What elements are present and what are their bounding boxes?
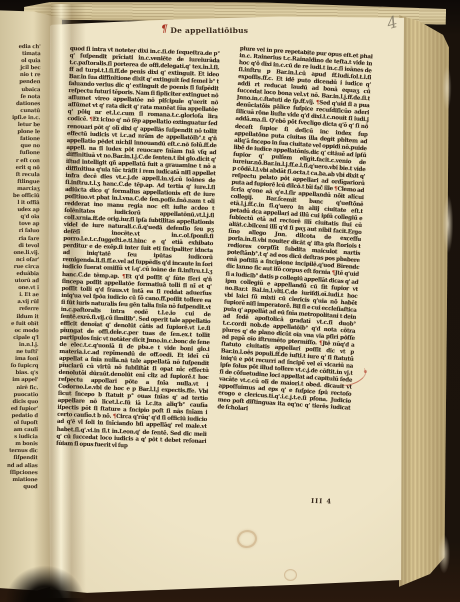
facing-page-text-fragments: edia ch' timata ol quia jcil bec nio t r… xyxy=(0,44,41,496)
pilcrow-mark: ¶ xyxy=(316,100,320,106)
pilcrow-mark: ¶ xyxy=(334,186,338,192)
pilcrow-mark: ¶ xyxy=(89,117,93,123)
pilcrow-mark: ¶ xyxy=(319,340,323,346)
fore-edge-worn-patch xyxy=(436,528,452,580)
quire-signature: III 4 xyxy=(296,496,332,505)
fore-edge-worn-patch xyxy=(441,58,453,118)
fore-edge-worn-patch xyxy=(441,185,455,263)
pilcrow-icon: ¶ xyxy=(161,25,167,35)
text-column-left: quod ſi intra vt noteter dixi in.c.ſi.de… xyxy=(54,46,220,511)
stain-ring xyxy=(284,569,297,581)
running-header-title: De appellatiōibus xyxy=(170,25,248,36)
pilcrow-mark: ¶ xyxy=(331,271,335,277)
pilcrow-mark: ¶ xyxy=(113,414,117,420)
book-photo: edia ch' timata ol quia jcil bec nio t r… xyxy=(0,0,460,602)
running-header: ¶ De appellatiōibus xyxy=(161,25,248,36)
pilcrow-mark: ¶ xyxy=(122,273,126,279)
gutter-bottom-shadow xyxy=(0,550,98,602)
